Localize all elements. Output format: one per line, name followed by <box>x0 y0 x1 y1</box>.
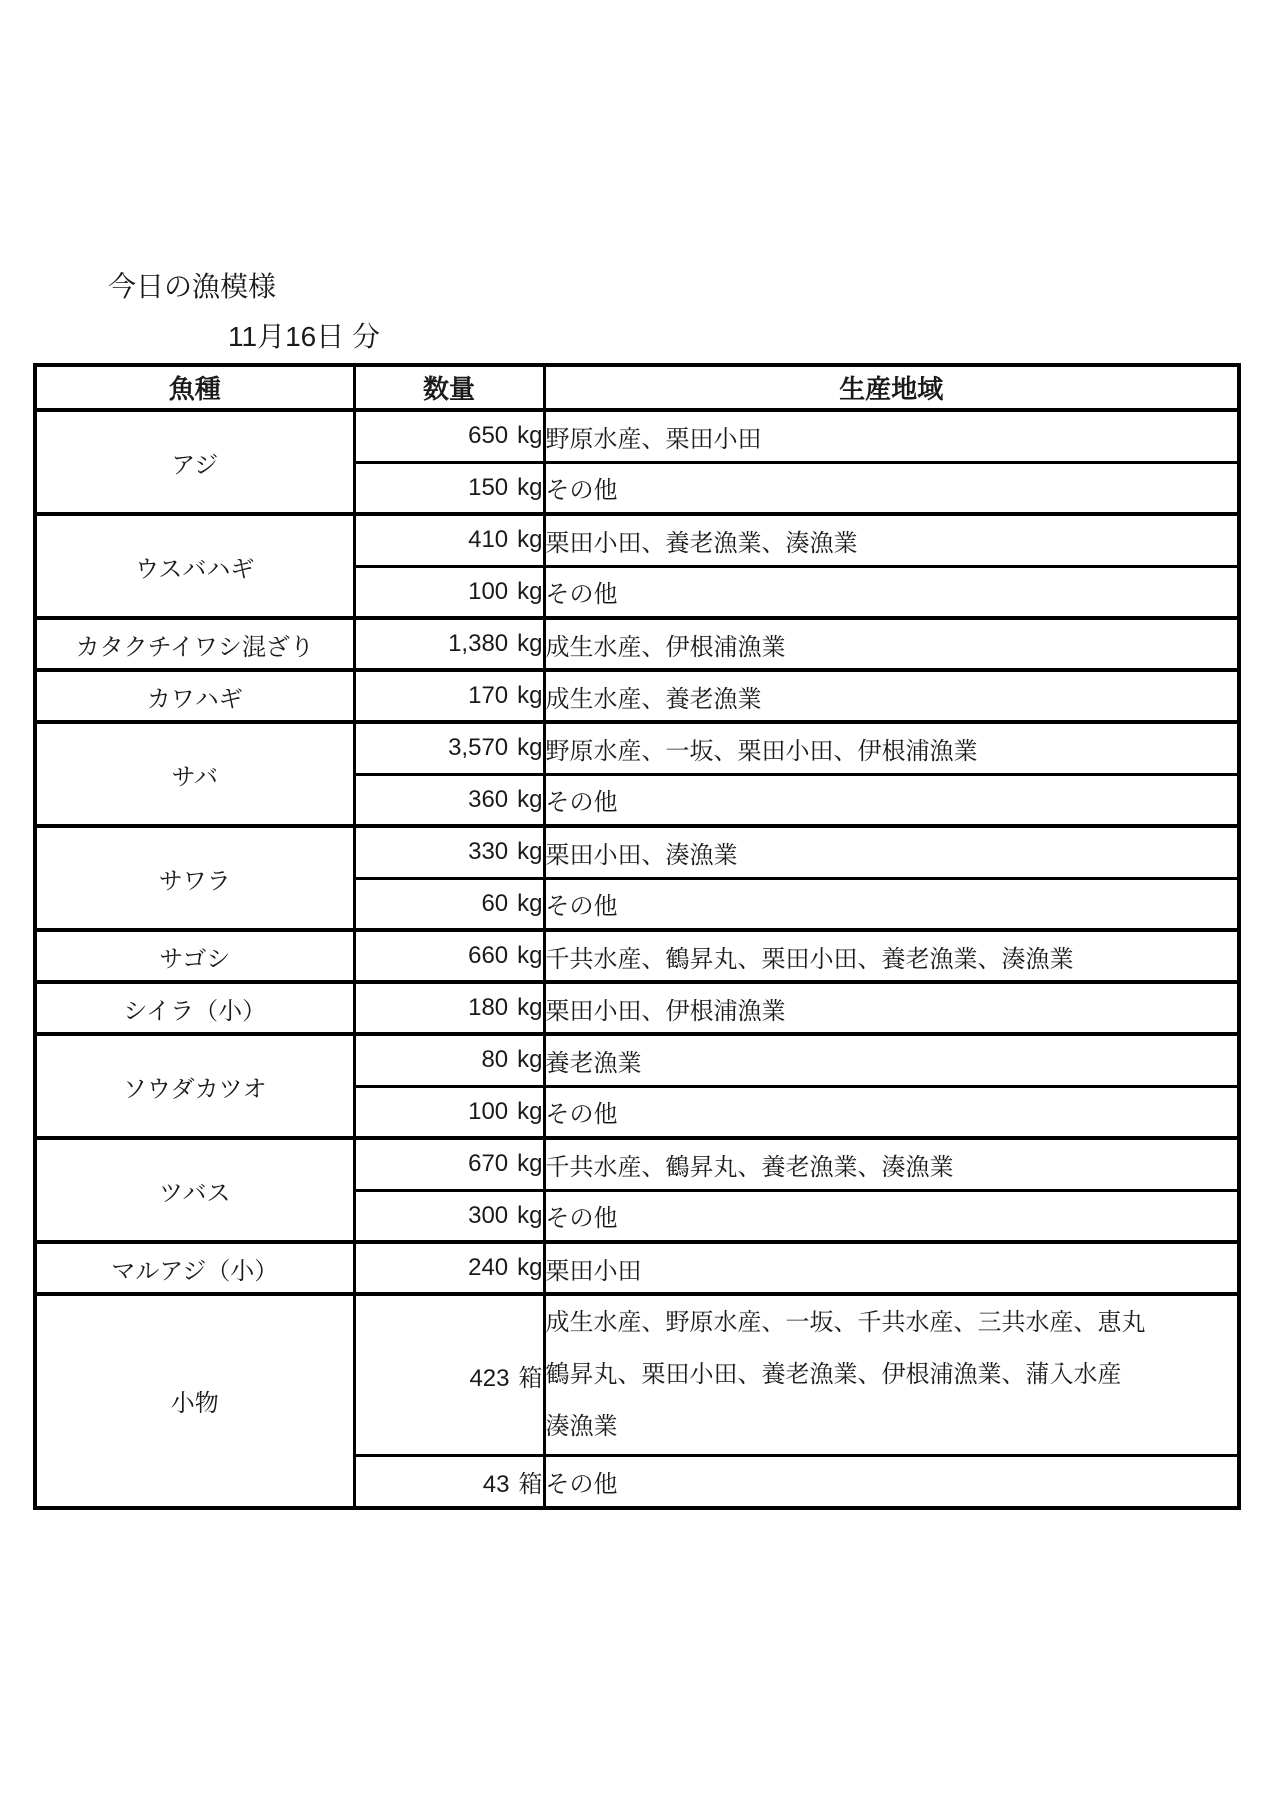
quantity-unit: kg <box>517 630 542 657</box>
area-cell: 成生水産、養老漁業 <box>544 670 1239 722</box>
area-cell: 栗田小田、伊根浦漁業 <box>544 982 1239 1034</box>
quantity-cell: 670kg <box>354 1138 544 1190</box>
area-cell: 栗田小田、湊漁業 <box>544 826 1239 878</box>
table-row: マルアジ（小） 240kg 栗田小田 <box>35 1242 1239 1294</box>
species-cell: ソウダカツオ <box>35 1034 354 1138</box>
quantity-value: 150 <box>468 474 508 501</box>
quantity-value: 660 <box>468 942 508 969</box>
quantity-value: 3,570 <box>448 734 508 761</box>
table-row: カワハギ 170kg 成生水産、養老漁業 <box>35 670 1239 722</box>
quantity-unit: 箱 <box>519 1365 543 1392</box>
table-row: カタクチイワシ混ざり 1,380kg 成生水産、伊根浦漁業 <box>35 618 1239 670</box>
quantity-cell: 423箱 <box>354 1294 544 1456</box>
quantity-cell: 410kg <box>354 514 544 566</box>
quantity-unit: kg <box>517 786 542 813</box>
quantity-unit: kg <box>517 1150 542 1177</box>
quantity-cell: 170kg <box>354 670 544 722</box>
quantity-cell: 330kg <box>354 826 544 878</box>
header-row: 魚種 数量 生産地域 <box>35 365 1239 410</box>
area-cell: 成生水産、伊根浦漁業 <box>544 618 1239 670</box>
species-cell: サワラ <box>35 826 354 930</box>
quantity-value: 60 <box>481 890 508 917</box>
quantity-cell: 60kg <box>354 878 544 930</box>
table-row: ソウダカツオ 80kg 養老漁業 <box>35 1034 1239 1086</box>
quantity-cell: 1,380kg <box>354 618 544 670</box>
quantity-value: 100 <box>468 578 508 605</box>
quantity-value: 1,380 <box>448 630 508 657</box>
table-row: サワラ 330kg 栗田小田、湊漁業 <box>35 826 1239 878</box>
quantity-unit: kg <box>517 474 542 501</box>
header-quantity: 数量 <box>354 365 544 410</box>
area-cell: 栗田小田、養老漁業、湊漁業 <box>544 514 1239 566</box>
quantity-unit: kg <box>517 1046 542 1073</box>
species-cell: 小物 <box>35 1294 354 1508</box>
quantity-unit: kg <box>517 942 542 969</box>
species-cell: カタクチイワシ混ざり <box>35 618 354 670</box>
quantity-value: 300 <box>468 1202 508 1229</box>
quantity-unit: kg <box>517 838 542 865</box>
area-cell: その他 <box>544 1456 1239 1508</box>
quantity-cell: 300kg <box>354 1190 544 1242</box>
catch-table: 魚種 数量 生産地域 アジ 650kg 野原水産、栗田小田 150kg その他 … <box>33 363 1241 1510</box>
quantity-cell: 100kg <box>354 566 544 618</box>
table-row: ツバス 670kg 千共水産、鶴昇丸、養老漁業、湊漁業 <box>35 1138 1239 1190</box>
area-cell: 野原水産、一坂、栗田小田、伊根浦漁業 <box>544 722 1239 774</box>
area-cell: その他 <box>544 1086 1239 1138</box>
area-cell: 栗田小田 <box>544 1242 1239 1294</box>
quantity-value: 360 <box>468 786 508 813</box>
quantity-cell: 3,570kg <box>354 722 544 774</box>
quantity-cell: 180kg <box>354 982 544 1034</box>
quantity-value: 650 <box>468 422 508 449</box>
table-row: サバ 3,570kg 野原水産、一坂、栗田小田、伊根浦漁業 <box>35 722 1239 774</box>
quantity-cell: 650kg <box>354 410 544 462</box>
table-row: シイラ（小） 180kg 栗田小田、伊根浦漁業 <box>35 982 1239 1034</box>
quantity-value: 80 <box>481 1046 508 1073</box>
quantity-value: 170 <box>468 682 508 709</box>
header-area: 生産地域 <box>544 365 1239 410</box>
species-cell: アジ <box>35 410 354 514</box>
area-cell: その他 <box>544 878 1239 930</box>
table-row: アジ 650kg 野原水産、栗田小田 <box>35 410 1239 462</box>
quantity-unit: kg <box>517 994 542 1021</box>
quantity-cell: 150kg <box>354 462 544 514</box>
area-cell: その他 <box>544 566 1239 618</box>
area-cell: その他 <box>544 462 1239 514</box>
quantity-unit: kg <box>517 526 542 553</box>
quantity-unit: kg <box>517 890 542 917</box>
quantity-cell: 240kg <box>354 1242 544 1294</box>
quantity-value: 43 <box>483 1471 510 1498</box>
species-cell: マルアジ（小） <box>35 1242 354 1294</box>
area-cell: 養老漁業 <box>544 1034 1239 1086</box>
quantity-value: 410 <box>468 526 508 553</box>
quantity-unit: 箱 <box>519 1471 543 1498</box>
area-cell: 千共水産、鶴昇丸、養老漁業、湊漁業 <box>544 1138 1239 1190</box>
species-cell: ツバス <box>35 1138 354 1242</box>
quantity-unit: kg <box>517 578 542 605</box>
quantity-unit: kg <box>517 1254 542 1281</box>
quantity-cell: 100kg <box>354 1086 544 1138</box>
quantity-cell: 43箱 <box>354 1456 544 1508</box>
species-cell: サバ <box>35 722 354 826</box>
quantity-unit: kg <box>517 1098 542 1125</box>
area-cell: 成生水産、野原水産、一坂、千共水産、三共水産、恵丸 鶴昇丸、栗田小田、養老漁業、… <box>544 1294 1239 1456</box>
table-row: ウスバハギ 410kg 栗田小田、養老漁業、湊漁業 <box>35 514 1239 566</box>
quantity-value: 670 <box>468 1150 508 1177</box>
table-row: サゴシ 660kg 千共水産、鶴昇丸、栗田小田、養老漁業、湊漁業 <box>35 930 1239 982</box>
table-row: 小物 423箱 成生水産、野原水産、一坂、千共水産、三共水産、恵丸 鶴昇丸、栗田… <box>35 1294 1239 1456</box>
header-species: 魚種 <box>35 365 354 410</box>
quantity-value: 180 <box>468 994 508 1021</box>
quantity-value: 330 <box>468 838 508 865</box>
quantity-value: 423 <box>469 1365 509 1392</box>
page-date: 11月16日 分 <box>228 320 380 354</box>
species-cell: ウスバハギ <box>35 514 354 618</box>
quantity-unit: kg <box>517 734 542 761</box>
quantity-cell: 360kg <box>354 774 544 826</box>
quantity-value: 240 <box>468 1254 508 1281</box>
quantity-unit: kg <box>517 682 542 709</box>
quantity-cell: 80kg <box>354 1034 544 1086</box>
quantity-unit: kg <box>517 422 542 449</box>
species-cell: カワハギ <box>35 670 354 722</box>
species-cell: サゴシ <box>35 930 354 982</box>
quantity-value: 100 <box>468 1098 508 1125</box>
page-title: 今日の漁模様 <box>108 270 276 304</box>
quantity-unit: kg <box>517 1202 542 1229</box>
quantity-cell: 660kg <box>354 930 544 982</box>
species-cell: シイラ（小） <box>35 982 354 1034</box>
area-cell: その他 <box>544 1190 1239 1242</box>
area-cell: 野原水産、栗田小田 <box>544 410 1239 462</box>
area-cell: 千共水産、鶴昇丸、栗田小田、養老漁業、湊漁業 <box>544 930 1239 982</box>
area-cell: その他 <box>544 774 1239 826</box>
